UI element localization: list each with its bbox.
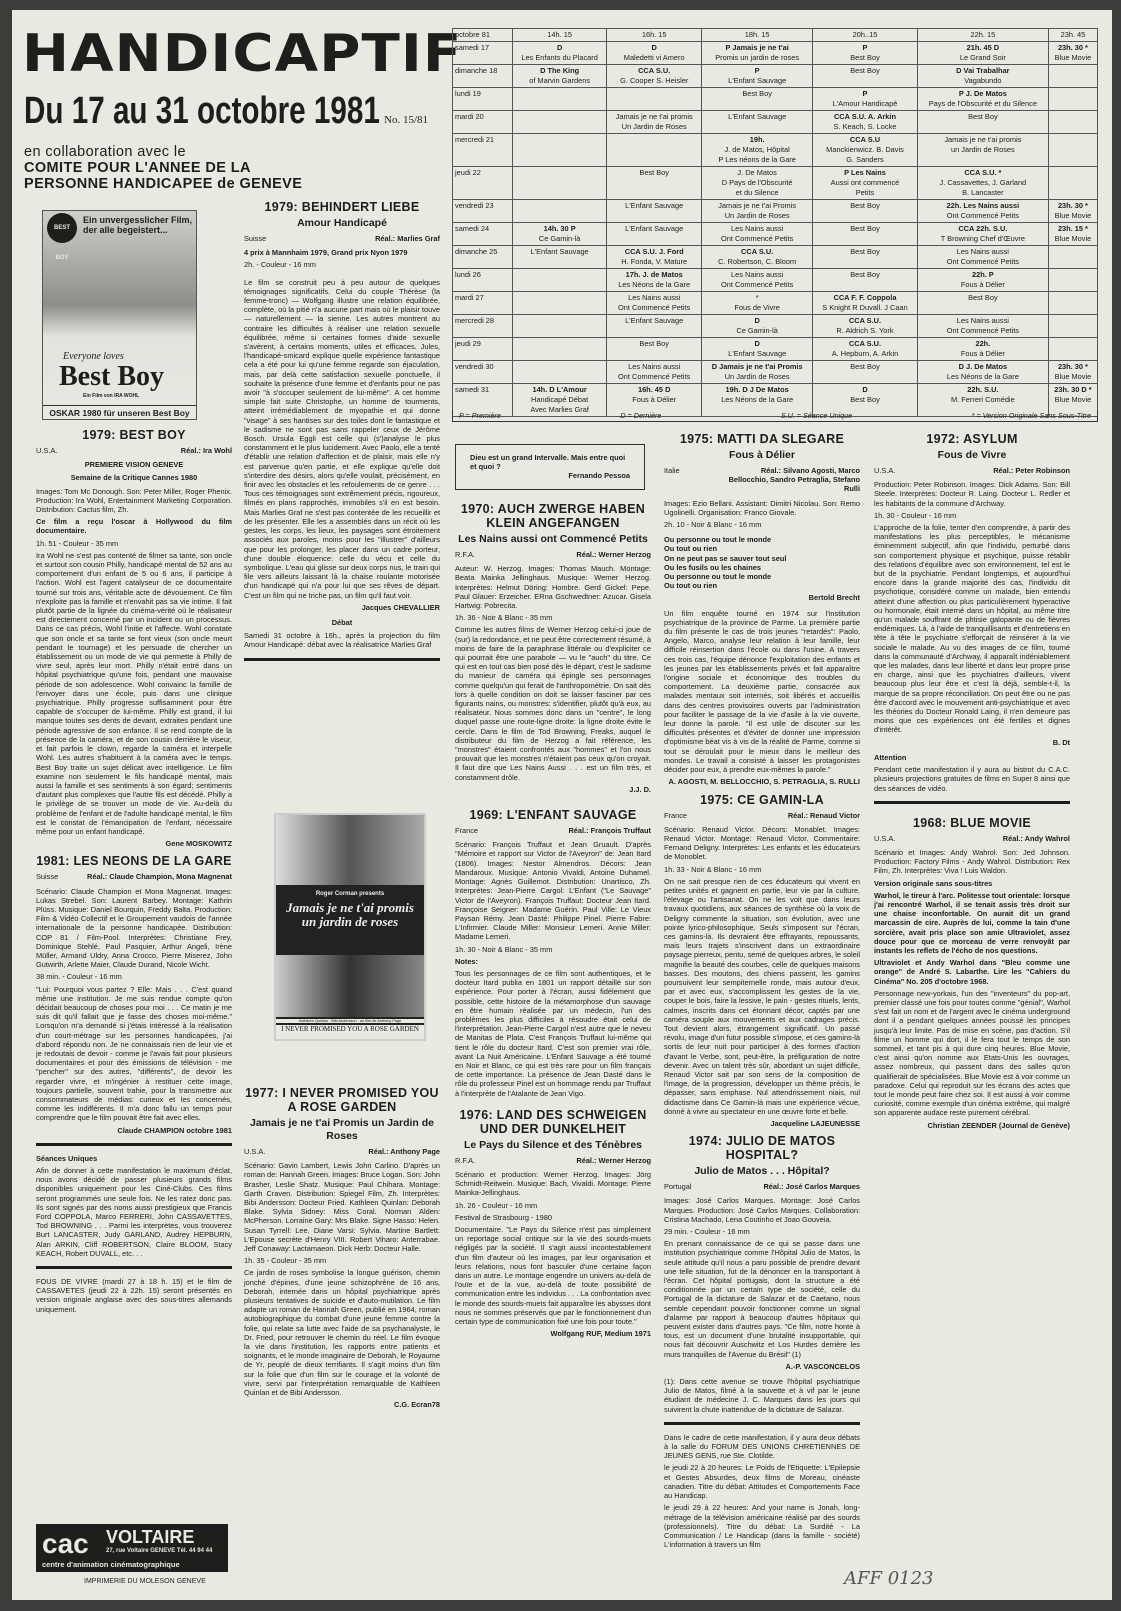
schedule-cell — [513, 269, 607, 292]
second-column: 1979: BEHINDERT LIEBE Amour Handicapé Su… — [244, 196, 440, 669]
schedule-cell: CCA S.U.C. Robertson, C. Bloom — [702, 246, 813, 269]
schedule-cell: Jamais je ne t'ai promisUn Jardin de Ros… — [607, 111, 702, 134]
fifth-column: 1972: ASYLUM Fous de Vivre U.S.A.Réal.: … — [874, 428, 1070, 1136]
schedule-cell: CCA S.U.R. Aldrich S. York — [813, 315, 918, 338]
schedule-cell: Les Nains aussiOnt Commencé Petits — [702, 269, 813, 292]
schedule-cell — [1048, 167, 1097, 200]
schedule-cell: P J. De MatosPays de l'Obscurité et du S… — [917, 88, 1048, 111]
schedule-cell: 23h. 15 *Blue Movie — [1048, 223, 1097, 246]
divider — [664, 1422, 860, 1425]
schedule-cell: CCA S.U.A. Hepburn, A. Arkin — [813, 338, 918, 361]
schedule-cell: D The Kingof Marvin Gardens — [513, 65, 607, 88]
schedule-cell: 23h. 30 *Blue Movie — [1048, 200, 1097, 223]
schedule-cell: Les Nains aussiOnt Commencé Petits — [702, 223, 813, 246]
divider — [244, 658, 440, 661]
schedule-day: mardi 20 — [453, 111, 513, 134]
schedule-cell: Best Boy — [702, 88, 813, 111]
schedule-cell — [513, 315, 607, 338]
schedule-row: samedi 2414h. 30 PCe Gamin-làL'Enfant Sa… — [453, 223, 1098, 246]
schedule-cell — [607, 134, 702, 167]
schedule-cell — [513, 111, 607, 134]
schedule-day: dimanche 18 — [453, 65, 513, 88]
schedule-cell: D J. De MatosLes Néons de la Gare — [917, 361, 1048, 384]
schedule-day: mercredi 28 — [453, 315, 513, 338]
schedule-cell: Les Nains aussiOnt Commencé Petits — [917, 315, 1048, 338]
divider — [36, 1266, 232, 1269]
schedule-row: dimanche 25L'Enfant SauvageCCA S.U. J. F… — [453, 246, 1098, 269]
schedule-day: dimanche 25 — [453, 246, 513, 269]
schedule-cell: Best Boy — [917, 111, 1048, 134]
schedule-cell — [1048, 111, 1097, 134]
schedule-cell: Les Nains aussiOnt Commencé Petits — [607, 361, 702, 384]
schedule-day: lundi 26 — [453, 269, 513, 292]
rose-garden-poster-image: Roger Corman presents Jamais je ne t'ai … — [274, 813, 426, 1041]
printer-credit: IMPRIMERIE DU MOLESON GENEVE — [84, 1578, 206, 1585]
schedule-cell — [1048, 88, 1097, 111]
divider — [36, 1143, 232, 1146]
brecht-poem: Ou personne ou tout le monde Ou tout ou … — [664, 535, 860, 590]
best-boy-poster-image: BEST BOY Ein unvergesslicher Film, der a… — [42, 210, 197, 420]
schedule-cell: 23h. 30 *Blue Movie — [1048, 42, 1097, 65]
schedule-cell — [1048, 246, 1097, 269]
archive-stamp: AFF 0123 — [844, 1568, 934, 1589]
schedule-cell — [607, 88, 702, 111]
left-column: 1979: BEST BOY U.S.A.Réal.: Ira Wohl PRE… — [36, 424, 232, 1317]
schedule-cell — [513, 361, 607, 384]
schedule-cell — [1048, 65, 1097, 88]
rose-garden-article: 1977: I NEVER PROMISED YOU A ROSE GARDEN… — [244, 1082, 440, 1415]
schedule-cell: CCA S.U. A. ArkinS. Keach, S. Locke — [813, 111, 918, 134]
schedule-cell — [513, 338, 607, 361]
schedule-day: samedi 24 — [453, 223, 513, 246]
schedule-cell: Best Boy — [813, 223, 918, 246]
schedule-cell: DL'Enfant Sauvage — [702, 338, 813, 361]
schedule-cell: DCe Gamin-là — [702, 315, 813, 338]
event-dates: Du 17 au 31 octobre 1981 — [24, 90, 380, 133]
schedule-cell: D Vai TrabalharVagabundo — [917, 65, 1048, 88]
pessoa-quote-box: Dieu est un grand Intervalle. Mais entre… — [455, 444, 645, 490]
schedule-cell: Best Boy — [813, 65, 918, 88]
schedule-row: samedi 17DLes Enfants du PlacardDMaledet… — [453, 42, 1098, 65]
schedule-cell: Les Nains aussiOnt Commencé Petits — [607, 292, 702, 315]
schedule-cell: D Jamais je ne t'ai PromisUn Jardin de R… — [702, 361, 813, 384]
schedule-cell: 23h. 30 *Blue Movie — [1048, 361, 1097, 384]
schedule-cell — [513, 88, 607, 111]
schedule-row: lundi 2617h. J. de MatosLes Néons de la … — [453, 269, 1098, 292]
schedule-cell: L'Enfant Sauvage — [607, 315, 702, 338]
schedule-row: vendredi 23L'Enfant SauvageJamais je ne … — [453, 200, 1098, 223]
schedule-cell: L'Enfant Sauvage — [607, 223, 702, 246]
schedule-cell: PL'Amour Handicapé — [813, 88, 918, 111]
schedule-cell — [513, 292, 607, 315]
schedule-cell — [513, 134, 607, 167]
schedule-cell: 22h. PFous à Délier — [917, 269, 1048, 292]
schedule-cell: L'Enfant Sauvage — [513, 246, 607, 269]
schedule-row: jeudi 22Best BoyJ. De MatosD Pays de l'O… — [453, 167, 1098, 200]
schedule-cell: Best Boy — [813, 361, 918, 384]
fourth-column: 1975: MATTI DA SLEGARE Fous à Délier Ita… — [664, 428, 860, 1552]
schedule-cell — [513, 167, 607, 200]
divider — [874, 801, 1070, 804]
schedule-day: mardi 27 — [453, 292, 513, 315]
cac-voltaire-logo: cac VOLTAIRE 27, rue Voltaire GENEVE Tél… — [36, 1524, 228, 1572]
schedule-row: lundi 19Best BoyPL'Amour HandicapéP J. D… — [453, 88, 1098, 111]
schedule-day: vendredi 23 — [453, 200, 513, 223]
schedule-row: vendredi 30Les Nains aussiOnt Commencé P… — [453, 361, 1098, 384]
schedule-legend: P = Première D = Dernière S.U. = Séance … — [452, 410, 1098, 422]
schedule-cell: 19h.J. de Matos, HôpitalP Les néons de l… — [702, 134, 813, 167]
schedule-cell: Best Boy — [813, 269, 918, 292]
collaboration-note: en collaboration avec le COMITE POUR L'A… — [24, 144, 302, 192]
schedule-row: mardi 27Les Nains aussiOnt Commencé Peti… — [453, 292, 1098, 315]
schedule-day: vendredi 30 — [453, 361, 513, 384]
poster-sheet: HANDICAPTIF Du 17 au 31 octobre 1981 No.… — [12, 10, 1112, 1600]
schedule-day: jeudi 29 — [453, 338, 513, 361]
schedule-cell — [1048, 292, 1097, 315]
schedule-row: mardi 20Jamais je ne t'ai promisUn Jardi… — [453, 111, 1098, 134]
page-title: HANDICAPTIF — [22, 24, 462, 84]
schedule-day: mercredi 21 — [453, 134, 513, 167]
schedule-cell: 17h. J. de MatosLes Néons de la Gare — [607, 269, 702, 292]
schedule-day: jeudi 22 — [453, 167, 513, 200]
schedule-cell: CCA 22h. S.U.T Browning Chef d'Œuvre — [917, 223, 1048, 246]
issue-number: No. 15/81 — [384, 114, 428, 126]
schedule-cell: Best Boy — [813, 246, 918, 269]
schedule-cell — [1048, 315, 1097, 338]
schedule-cell: Best Boy — [813, 200, 918, 223]
schedule-row: dimanche 18D The Kingof Marvin GardensCC… — [453, 65, 1098, 88]
schedule-cell: P Jamais je ne t'aiPromis un jardin de r… — [702, 42, 813, 65]
schedule-cell: CCA F. F. CoppolaS Knight R Duvall. J Ca… — [813, 292, 918, 315]
schedule-cell: *Fous de Vivre — [702, 292, 813, 315]
schedule-cell: 21h. 45 DLe Grand Soir — [917, 42, 1048, 65]
schedule-day: samedi 17 — [453, 42, 513, 65]
schedule-cell: Les Nains aussiOnt Commencé Petits — [917, 246, 1048, 269]
schedule-cell: Best Boy — [917, 292, 1048, 315]
schedule-cell: Best Boy — [607, 167, 702, 200]
schedule-cell — [1048, 134, 1097, 167]
schedule-cell: P Les NainsAussi ont commencéPetits — [813, 167, 918, 200]
schedule-cell: 22h.Fous à Délier — [917, 338, 1048, 361]
schedule-cell: Jamais je ne t'ai promisun Jardin de Ros… — [917, 134, 1048, 167]
schedule-cell: L'Enfant Sauvage — [607, 200, 702, 223]
schedule-cell: CCA S.UManckienwicz. B. DavisG. Sanders — [813, 134, 918, 167]
third-column: 1970: AUCH ZWERGE HABEN KLEIN ANGEFANGEN… — [455, 498, 651, 1344]
schedule-cell: DMaledetti vi Amero — [607, 42, 702, 65]
schedule-cell: L'Enfant Sauvage — [702, 111, 813, 134]
schedule-cell: CCA S.U. *J. Cassavettes, J. GarlandB. L… — [917, 167, 1048, 200]
schedule-cell — [513, 200, 607, 223]
schedule-cell: Best Boy — [607, 338, 702, 361]
schedule-cell: DLes Enfants du Placard — [513, 42, 607, 65]
schedule-row: mercredi 28L'Enfant SauvageDCe Gamin-làC… — [453, 315, 1098, 338]
schedule-cell: 22h. Les Nains aussiOnt Commencé Petits — [917, 200, 1048, 223]
schedule-cell: 14h. 30 PCe Gamin-là — [513, 223, 607, 246]
schedule-cell: PL'Enfant Sauvage — [702, 65, 813, 88]
schedule-cell: PBest Boy — [813, 42, 918, 65]
schedule-row: mercredi 2119h.J. de Matos, HôpitalP Les… — [453, 134, 1098, 167]
schedule-cell: CCA S.U. J. FordH. Fonda, V. Mature — [607, 246, 702, 269]
schedule-day: lundi 19 — [453, 88, 513, 111]
best-boy-badge-icon: BEST BOY — [47, 213, 77, 243]
schedule-cell — [1048, 338, 1097, 361]
schedule-cell: J. De MatosD Pays de l'Obscuritéet du Si… — [702, 167, 813, 200]
schedule-cell: Jamais je ne t'ai PromisUn Jardin de Ros… — [702, 200, 813, 223]
schedule-row: jeudi 29Best BoyDL'Enfant SauvageCCA S.U… — [453, 338, 1098, 361]
schedule-cell: CCA S.U.G. Cooper S. Heisler — [607, 65, 702, 88]
schedule-table: octobre 81 14h. 15 16h. 15 18h. 15 20h..… — [452, 28, 1098, 417]
schedule-cell — [1048, 269, 1097, 292]
schedule-header-row: octobre 81 14h. 15 16h. 15 18h. 15 20h..… — [453, 29, 1098, 42]
